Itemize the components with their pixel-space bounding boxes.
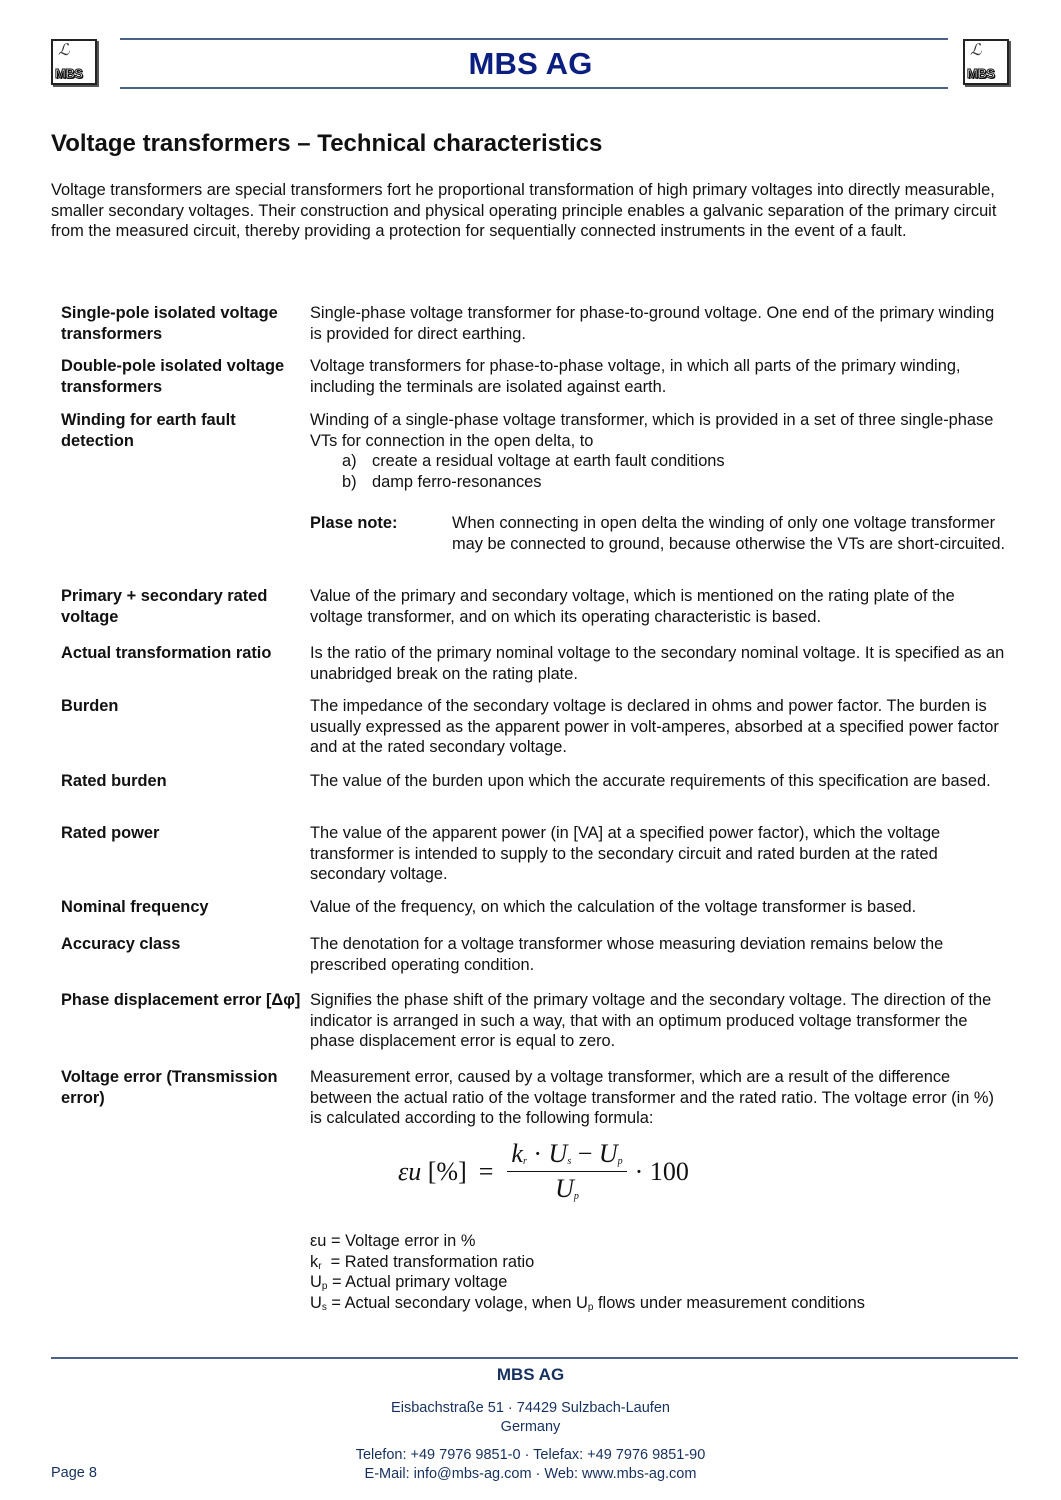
footer-phone-line: Telefon: +49 7976 9851-0 · Telefax: +49 … — [0, 1446, 1061, 1465]
definition-term: Primary + secondary rated voltage — [61, 586, 301, 627]
legend-item: Up = Actual primary voltage — [310, 1272, 1010, 1293]
legend-text: = Rated transformation ratio — [322, 1253, 535, 1271]
footer-address: Eisbachstraße 51 · 74429 Sulzbach-Laufen… — [0, 1399, 1061, 1437]
formula-legend: εu = Voltage error in % kr = Rated trans… — [310, 1231, 1010, 1314]
footer-company-name: MBS AG — [0, 1365, 1061, 1385]
definition-desc: Single-phase voltage transformer for pha… — [310, 303, 1010, 344]
formula-us: U — [549, 1139, 568, 1168]
legend-item: Us = Actual secondary volage, when Up fl… — [310, 1293, 1010, 1314]
list-text: create a residual voltage at earth fault… — [372, 452, 725, 470]
formula-multiplier: · 100 — [635, 1157, 689, 1187]
definition-term: Accuracy class — [61, 934, 301, 955]
intro-paragraph: Voltage transformers are special transfo… — [51, 180, 1001, 242]
definition-term: Actual transformation ratio — [61, 643, 301, 664]
logo-figure-icon: ℒ — [970, 43, 982, 59]
legend-symbol: U — [310, 1273, 322, 1291]
list-marker: b) — [342, 472, 372, 493]
definition-desc: The value of the apparent power (in [VA]… — [310, 823, 1010, 885]
footer-address-line: Germany — [0, 1418, 1061, 1437]
legend-symbol: εu — [310, 1232, 326, 1250]
definition-term: Voltage error (Transmission error) — [61, 1067, 301, 1108]
note-label: Plase note: — [310, 513, 397, 534]
formula-numerator: kr · Us − Up — [507, 1139, 626, 1172]
list-marker: a) — [342, 451, 372, 472]
header-company-name: MBS AG — [0, 46, 1061, 82]
note-text: When connecting in open delta the windin… — [452, 513, 1007, 554]
legend-item: εu = Voltage error in % — [310, 1231, 1010, 1252]
definition-desc: The denotation for a voltage transformer… — [310, 934, 1010, 975]
definition-desc: Signifies the phase shift of the primary… — [310, 990, 1010, 1052]
definition-desc: The impedance of the secondary voltage i… — [310, 696, 1010, 758]
definition-desc: Measurement error, caused by a voltage t… — [310, 1067, 1010, 1129]
legend-symbol: U — [310, 1294, 322, 1312]
header-rule-top — [120, 38, 948, 40]
definition-desc: The value of the burden upon which the a… — [310, 771, 1010, 792]
formula-den-sub: p — [574, 1191, 579, 1202]
company-logo-right: ℒ MBS — [963, 39, 1009, 85]
formula-lhs-var: εu — [398, 1157, 428, 1186]
footer-address-line: Eisbachstraße 51 · 74429 Sulzbach-Laufen — [0, 1399, 1061, 1418]
formula-up-sub: p — [618, 1156, 623, 1167]
definition-desc: Is the ratio of the primary nominal volt… — [310, 643, 1010, 684]
formula-dot: · — [527, 1139, 549, 1168]
formula-den-u: U — [555, 1174, 574, 1203]
header-rule-bottom — [120, 87, 948, 89]
definition-term: Phase displacement error [Δφ] — [61, 990, 301, 1011]
definition-term: Double-pole isolated voltage transformer… — [61, 356, 301, 397]
definition-term: Single-pole isolated voltage transformer… — [61, 303, 301, 344]
legend-text: = Voltage error in % — [326, 1232, 475, 1250]
definition-desc: Value of the primary and secondary volta… — [310, 586, 1010, 627]
legend-text: = Actual primary voltage — [327, 1273, 507, 1291]
legend-text: = Actual secondary volage, when U — [327, 1294, 588, 1312]
list-item: a)create a residual voltage at earth fau… — [310, 451, 1010, 472]
definition-term: Rated burden — [61, 771, 301, 792]
list-text: damp ferro-resonances — [372, 473, 541, 491]
page-number: Page 8 — [51, 1465, 97, 1481]
formula-lhs-unit: [%] — [428, 1157, 467, 1186]
definition-term: Nominal frequency — [61, 897, 301, 918]
list-item: b)damp ferro-resonances — [310, 472, 1010, 493]
formula-k: k — [511, 1139, 523, 1168]
footer-email-web-line[interactable]: E-Mail: info@mbs-ag.com · Web: www.mbs-a… — [0, 1465, 1061, 1484]
definition-desc: Voltage transformers for phase-to-phase … — [310, 356, 1010, 397]
formula-minus: − — [571, 1139, 599, 1168]
definition-desc-block: Winding of a single-phase voltage transf… — [310, 410, 1010, 493]
formula-up: U — [599, 1139, 618, 1168]
formula-equals: = — [479, 1157, 494, 1187]
definition-term: Burden — [61, 696, 301, 717]
voltage-error-formula: εu [%] = kr · Us − Up Up · 100 — [398, 1136, 689, 1208]
logo-text: MBS — [967, 67, 994, 81]
definition-term: Rated power — [61, 823, 301, 844]
footer-rule — [51, 1357, 1018, 1359]
formula-lhs: εu [%] — [398, 1157, 467, 1187]
legend-text: flows under measurement conditions — [593, 1294, 865, 1312]
definition-desc: Winding of a single-phase voltage transf… — [310, 410, 1010, 451]
footer-contact: Telefon: +49 7976 9851-0 · Telefax: +49 … — [0, 1446, 1061, 1484]
definition-term: Winding for earth fault detection — [61, 410, 301, 451]
definition-desc: Value of the frequency, on which the cal… — [310, 897, 1010, 918]
formula-denominator: Up — [555, 1172, 579, 1206]
formula-fraction: kr · Us − Up Up — [507, 1139, 626, 1206]
page-title: Voltage transformers – Technical charact… — [51, 130, 602, 158]
legend-item: kr = Rated transformation ratio — [310, 1252, 1010, 1273]
legend-symbol: k — [310, 1253, 318, 1271]
